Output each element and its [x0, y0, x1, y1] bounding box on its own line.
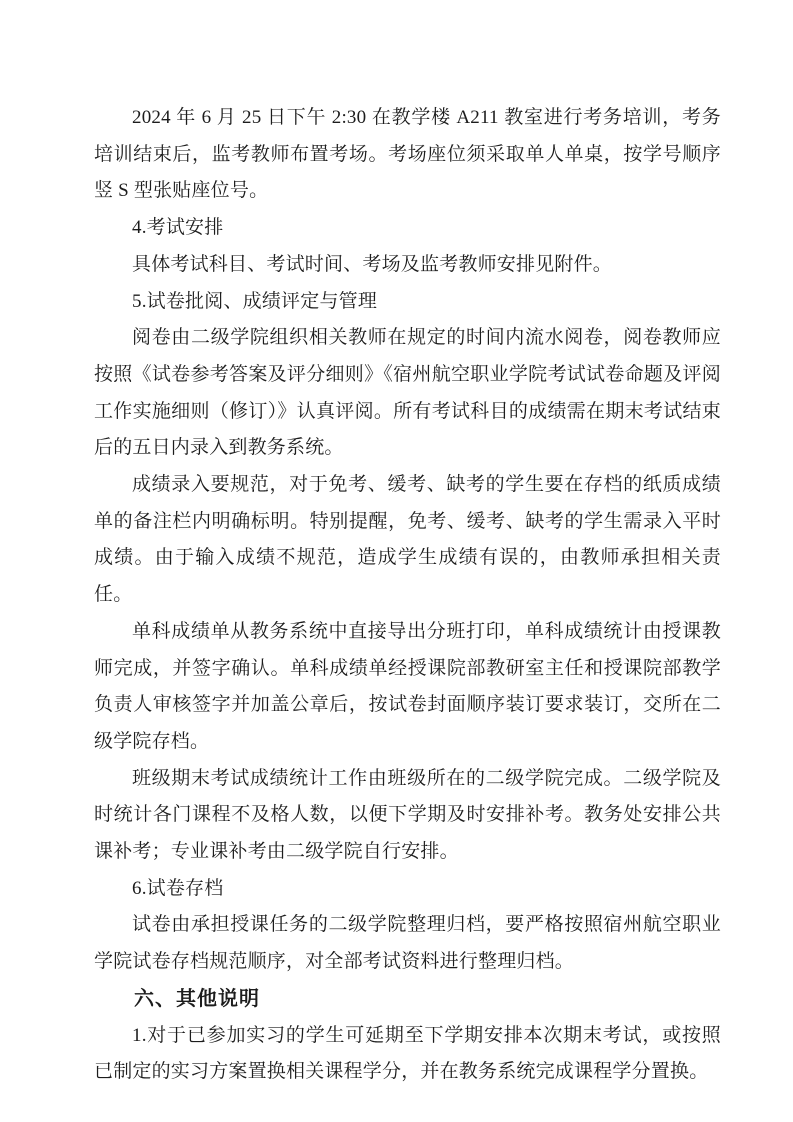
paragraph-score-entry-rules: 成绩录入要规范，对于免考、缓考、缺考的学生要在存档的纸质成绩单的备注栏内明确标明…	[94, 467, 721, 614]
paragraph-class-score-statistics: 班级期末考试成绩统计工作由班级所在的二级学院完成。二级学院及时统计各门课程不及格…	[94, 761, 721, 871]
paragraph-grading-procedure: 阅卷由二级学院组织相关教师在规定的时间内流水阅卷，阅卷教师应按照《试卷参考答案及…	[94, 320, 721, 467]
paragraph-exam-schedule-attachment: 具体考试科目、考试时间、考场及监考教师安排见附件。	[94, 247, 721, 284]
section-heading-other-notes: 六、其他说明	[94, 981, 721, 1018]
document-body: 2024 年 6 月 25 日下午 2:30 在教学楼 A211 教室进行考务培…	[94, 100, 721, 1091]
paragraph-training-notice: 2024 年 6 月 25 日下午 2:30 在教学楼 A211 教室进行考务培…	[94, 100, 721, 210]
document-page: 2024 年 6 月 25 日下午 2:30 在教学楼 A211 教室进行考务培…	[0, 0, 793, 1122]
numbered-item-paper-archiving: 6.试卷存档	[94, 871, 721, 908]
paragraph-score-sheet-signing: 单科成绩单从教务系统中直接导出分班打印，单科成绩统计由授课教师完成，并签字确认。…	[94, 614, 721, 761]
numbered-item-exam-arrangement: 4.考试安排	[94, 210, 721, 247]
numbered-item-grading-management: 5.试卷批阅、成绩评定与管理	[94, 284, 721, 321]
paragraph-archiving-procedure: 试卷由承担授课任务的二级学院整理归档，要严格按照宿州航空职业学院试卷存档规范顺序…	[94, 907, 721, 980]
paragraph-internship-students: 1.对于已参加实习的学生可延期至下学期安排本次期末考试，或按照已制定的实习方案置…	[94, 1018, 721, 1091]
